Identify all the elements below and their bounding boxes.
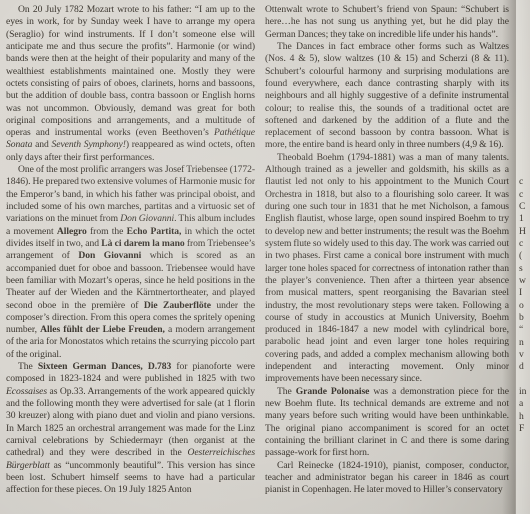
next-page-text-fragment: 1 [519, 213, 524, 225]
next-page-text-fragment: o [519, 300, 524, 312]
text-segment: Ecossaises [6, 386, 47, 397]
text-segment: The [277, 386, 296, 397]
text-segment: The [18, 361, 38, 372]
next-page-text-fragment: F [519, 423, 524, 435]
text-segment: Ottenwalt wrote to Schubert’s friend von… [265, 4, 509, 40]
text-segment: Alles fühlt der Liebe Freuden, [40, 324, 165, 335]
text-segment: Grande Polonaise [296, 386, 370, 397]
text-segment: Carl Reinecke (1824-1910), pianist, comp… [265, 460, 509, 496]
text-segment: Echo Partita, [127, 226, 182, 237]
next-page-text-fragment: c [519, 238, 523, 250]
text-segment: On 20 July 1782 Mozart wrote to his fath… [6, 4, 255, 138]
text-segment: from the [87, 226, 127, 237]
next-page-text-fragment: v [519, 349, 524, 361]
next-page-text-fragment: c [519, 176, 523, 188]
text-segment: and [32, 139, 51, 150]
paragraph: Carl Reinecke (1824-1910), pianist, comp… [265, 460, 509, 497]
next-page-text-fragment: ( [519, 250, 522, 262]
next-page-text-fragment: w [519, 275, 526, 287]
next-page-text-fragment: b [519, 312, 524, 324]
text-segment: The Dances in fact embrace other forms s… [265, 41, 509, 151]
paragraph: The Sixteen German Dances, D.783 for pia… [6, 361, 255, 496]
paragraph: Theobald Boehm (1794-1881) was a man of … [265, 152, 509, 386]
paragraph: One of the most prolific arrangers was J… [6, 164, 255, 361]
text-segment: Theobald Boehm (1794-1881) was a man of … [265, 152, 509, 385]
text-segment: Die Zauberflöte [144, 300, 211, 311]
next-page-text-fragment: n [519, 337, 524, 349]
next-page-text-fragment: I [519, 287, 522, 299]
paragraph: On 20 July 1782 Mozart wrote to his fath… [6, 4, 255, 164]
right-column: Ottenwalt wrote to Schubert’s friend von… [265, 4, 509, 514]
next-page-text-fragment: in [519, 386, 526, 398]
next-page-text-fragment: a [519, 398, 523, 410]
text-segment: Allegro [57, 226, 87, 237]
next-page-text-fragment: c [519, 189, 523, 201]
next-page-text-fragment: “ [519, 324, 523, 336]
next-page-edge: ccC1Hc(swIob“nvdinahF [515, 0, 530, 514]
next-page-text-fragment: H [519, 226, 526, 238]
paragraph: The Grande Polonaise was a demonstration… [265, 386, 509, 460]
next-page-text-fragment: h [519, 411, 524, 423]
text-segment: Don Giovanni [78, 250, 141, 261]
text-segment: Don Giovanni [120, 213, 174, 224]
paragraph: The Dances in fact embrace other forms s… [265, 41, 509, 152]
text-segment: Là ci darem la mano [101, 238, 184, 249]
left-column: On 20 July 1782 Mozart wrote to his fath… [6, 4, 255, 514]
text-segment: Seventh Symphony! [52, 139, 126, 150]
text-columns: On 20 July 1782 Mozart wrote to his fath… [6, 4, 509, 514]
next-page-text-fragment: s [519, 263, 523, 275]
next-page-text-fragment: C [519, 201, 525, 213]
scanned-booklet-page: On 20 July 1782 Mozart wrote to his fath… [0, 0, 530, 514]
paragraph: Ottenwalt wrote to Schubert’s friend von… [265, 4, 509, 41]
next-page-text-fragment: d [519, 361, 524, 373]
text-segment: Sixteen German Dances, D.783 [38, 361, 171, 372]
